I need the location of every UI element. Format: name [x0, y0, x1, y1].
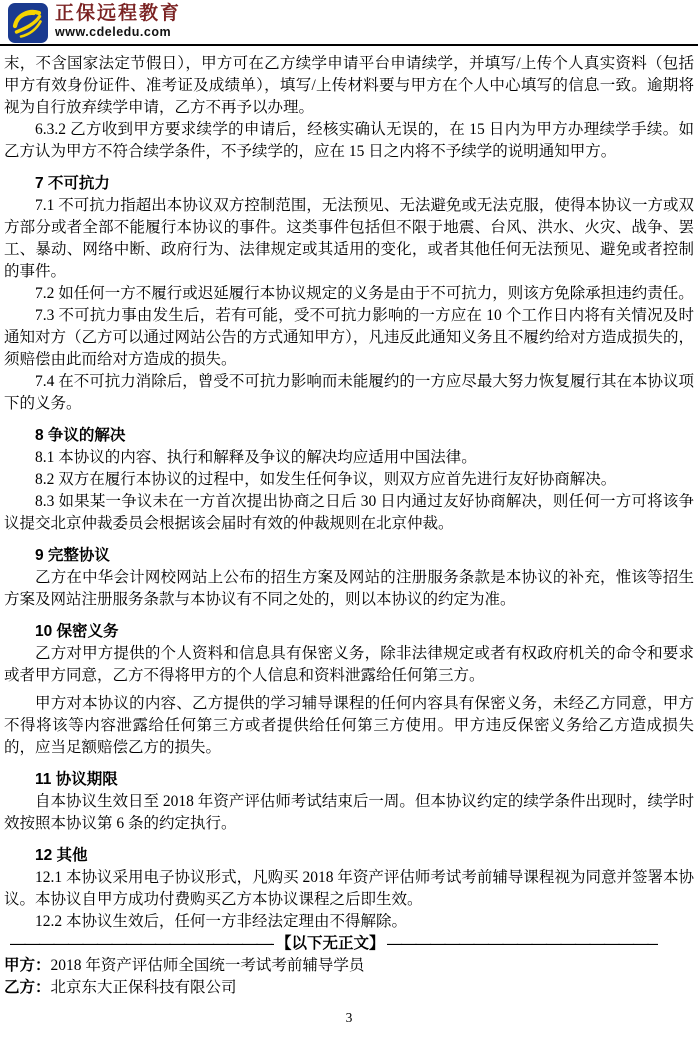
- header-divider-rule: [0, 44, 698, 46]
- signature-party-a: 甲方：2018 年资产评估师全国统一考试考前辅导学员: [4, 955, 694, 977]
- para-10-b: 甲方对本协议的内容、乙方提供的学习辅导课程的任何内容具有保密义务，未经乙方同意，…: [4, 693, 694, 759]
- divider-label: 【以下无正文】: [274, 933, 387, 955]
- para-8-2: 8.2 双方在履行本协议的过程中，如发生任何争议，则双方应首先进行友好协商解决。: [4, 469, 694, 491]
- signature-value: 北京东大正保科技有限公司: [51, 979, 237, 996]
- page-header: 正保远程教育 www.cdeledu.com: [0, 0, 698, 44]
- para-9: 乙方在中华会计网校网站上公布的招生方案及网站的注册服务条款是本协议的补充，惟该等…: [4, 567, 694, 611]
- signature-party-b: 乙方：北京东大正保科技有限公司: [4, 977, 694, 999]
- signature-label: 乙方：: [4, 979, 51, 996]
- cdeledu-logo-icon: [8, 3, 48, 43]
- brand-url: www.cdeledu.com: [55, 25, 181, 40]
- brand-block: 正保远程教育 www.cdeledu.com: [55, 3, 181, 40]
- no-more-text-divider: ————————————————————————————————————————…: [10, 933, 658, 955]
- heading-7: 7 不可抗力: [4, 173, 694, 195]
- page-number: 3: [0, 1010, 698, 1026]
- para-7-3: 7.3 不可抗力事由发生后，若有可能，受不可抗力影响的一方应在 10 个工作日内…: [4, 305, 694, 371]
- agreement-body: 末，不含国家法定节假日），甲方可在乙方续学申请平台申请续学，并填写/上传个人真实…: [0, 44, 698, 999]
- heading-9: 9 完整协议: [4, 545, 694, 567]
- heading-8: 8 争议的解决: [4, 425, 694, 447]
- para-6-3-2: 6.3.2 乙方收到甲方要求续学的申请后，经核实确认无误的，在 15 日内为甲方…: [4, 119, 694, 163]
- para-7-1: 7.1 不可抗力指超出本协议双方控制范围，无法预见、无法避免或无法克服，使得本协…: [4, 195, 694, 283]
- divider-dashes-right: ————————————————————————————————————————…: [387, 933, 658, 955]
- heading-11: 11 协议期限: [4, 769, 694, 791]
- para-8-3: 8.3 如果某一争议未在一方首次提出协商之日后 30 日内通过友好协商解决，则任…: [4, 491, 694, 535]
- heading-12: 12 其他: [4, 845, 694, 867]
- signature-label: 甲方：: [4, 957, 51, 974]
- para-10-a: 乙方对甲方提供的个人资料和信息具有保密义务，除非法律规定或者有权政府机关的命令和…: [4, 643, 694, 687]
- heading-10: 10 保密义务: [4, 621, 694, 643]
- para-7-4: 7.4 在不可抗力消除后，曾受不可抗力影响而未能履约的一方应尽最大努力恢复履行其…: [4, 371, 694, 415]
- para-8-1: 8.1 本协议的内容、执行和解释及争议的解决均应适用中国法律。: [4, 447, 694, 469]
- para-6-3-1-continued: 末，不含国家法定节假日），甲方可在乙方续学申请平台申请续学，并填写/上传个人真实…: [4, 53, 694, 119]
- para-12-1: 12.1 本协议采用电子协议形式，凡购买 2018 年资产评估师考试考前辅导课程…: [4, 867, 694, 911]
- signature-value: 2018 年资产评估师全国统一考试考前辅导学员: [51, 957, 365, 974]
- para-11: 自本协议生效日至 2018 年资产评估师考试结束后一周。但本协议约定的续学条件出…: [4, 791, 694, 835]
- brand-title: 正保远程教育: [55, 3, 181, 25]
- para-7-2: 7.2 如任何一方不履行或迟延履行本协议规定的义务是由于不可抗力，则该方免除承担…: [4, 283, 694, 305]
- divider-dashes-left: ————————————————————————————————————————…: [10, 933, 274, 955]
- para-12-2: 12.2 本协议生效后，任何一方非经法定理由不得解除。: [4, 911, 694, 933]
